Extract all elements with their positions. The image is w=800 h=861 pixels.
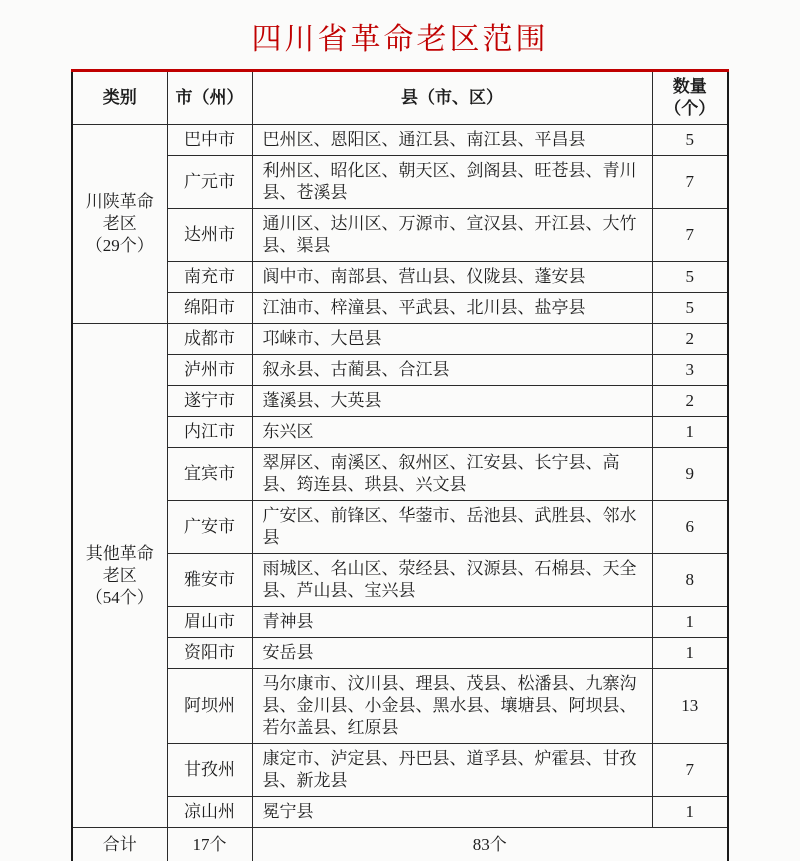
count-cell: 7 xyxy=(652,156,728,209)
city-cell: 南充市 xyxy=(167,262,252,293)
header-count: 数量 （个） xyxy=(652,71,728,125)
city-cell: 凉山州 xyxy=(167,797,252,828)
city-cell: 宜宾市 xyxy=(167,448,252,501)
table-row: 凉山州冕宁县1 xyxy=(72,797,728,828)
counties-cell: 青神县 xyxy=(252,607,652,638)
count-cell: 8 xyxy=(652,554,728,607)
table-row: 资阳市安岳县1 xyxy=(72,638,728,669)
city-cell: 内江市 xyxy=(167,417,252,448)
table-row: 宜宾市翠屏区、南溪区、叙州区、江安县、长宁县、高县、筠连县、珙县、兴文县9 xyxy=(72,448,728,501)
count-cell: 2 xyxy=(652,324,728,355)
count-cell: 5 xyxy=(652,262,728,293)
counties-cell: 江油市、梓潼县、平武县、北川县、盐亭县 xyxy=(252,293,652,324)
count-cell: 5 xyxy=(652,293,728,324)
counties-cell: 马尔康市、汶川县、理县、茂县、松潘县、九寨沟县、金川县、小金县、黑水县、壤塘县、… xyxy=(252,669,652,744)
counties-cell: 冕宁县 xyxy=(252,797,652,828)
counties-cell: 翠屏区、南溪区、叙州区、江安县、长宁县、高县、筠连县、珙县、兴文县 xyxy=(252,448,652,501)
counties-cell: 雨城区、名山区、荥经县、汉源县、石棉县、天全县、芦山县、宝兴县 xyxy=(252,554,652,607)
header-category: 类别 xyxy=(72,71,167,125)
counties-cell: 安岳县 xyxy=(252,638,652,669)
category-cell: 其他革命 老区 （54个） xyxy=(72,324,167,828)
counties-cell: 广安区、前锋区、华蓥市、岳池县、武胜县、邻水县 xyxy=(252,501,652,554)
city-cell: 广元市 xyxy=(167,156,252,209)
table-row: 其他革命 老区 （54个）成都市邛崃市、大邑县2 xyxy=(72,324,728,355)
counties-cell: 蓬溪县、大英县 xyxy=(252,386,652,417)
counties-cell: 邛崃市、大邑县 xyxy=(252,324,652,355)
table-row: 达州市通川区、达川区、万源市、宣汉县、开江县、大竹县、渠县7 xyxy=(72,209,728,262)
count-cell: 5 xyxy=(652,125,728,156)
city-cell: 巴中市 xyxy=(167,125,252,156)
table-row: 川陕革命 老区 （29个）巴中市巴州区、恩阳区、通江县、南江县、平昌县5 xyxy=(72,125,728,156)
table-row: 绵阳市江油市、梓潼县、平武县、北川县、盐亭县5 xyxy=(72,293,728,324)
old-areas-table: 类别 市（州） 县（市、区） 数量 （个） 川陕革命 老区 （29个）巴中市巴州… xyxy=(71,69,729,861)
count-cell: 6 xyxy=(652,501,728,554)
counties-cell: 东兴区 xyxy=(252,417,652,448)
count-cell: 1 xyxy=(652,638,728,669)
total-label-cell: 合计 xyxy=(72,828,167,861)
count-cell: 2 xyxy=(652,386,728,417)
table-row: 泸州市叙永县、古蔺县、合江县3 xyxy=(72,355,728,386)
table-row: 广安市广安区、前锋区、华蓥市、岳池县、武胜县、邻水县6 xyxy=(72,501,728,554)
counties-cell: 巴州区、恩阳区、通江县、南江县、平昌县 xyxy=(252,125,652,156)
table-row: 甘孜州康定市、泸定县、丹巴县、道孚县、炉霍县、甘孜县、新龙县7 xyxy=(72,744,728,797)
counties-cell: 康定市、泸定县、丹巴县、道孚县、炉霍县、甘孜县、新龙县 xyxy=(252,744,652,797)
city-cell: 甘孜州 xyxy=(167,744,252,797)
table-row: 遂宁市蓬溪县、大英县2 xyxy=(72,386,728,417)
table-body: 川陕革命 老区 （29个）巴中市巴州区、恩阳区、通江县、南江县、平昌县5广元市利… xyxy=(72,125,728,828)
total-county-cell: 83个 xyxy=(252,828,728,861)
city-cell: 达州市 xyxy=(167,209,252,262)
city-cell: 阿坝州 xyxy=(167,669,252,744)
city-cell: 雅安市 xyxy=(167,554,252,607)
count-cell: 7 xyxy=(652,744,728,797)
category-cell: 川陕革命 老区 （29个） xyxy=(72,125,167,324)
total-city-cell: 17个 xyxy=(167,828,252,861)
count-cell: 1 xyxy=(652,607,728,638)
city-cell: 泸州市 xyxy=(167,355,252,386)
count-cell: 13 xyxy=(652,669,728,744)
page-title: 四川省革命老区范围 xyxy=(0,14,800,58)
header-counties: 县（市、区） xyxy=(252,71,652,125)
table-row: 阿坝州马尔康市、汶川县、理县、茂县、松潘县、九寨沟县、金川县、小金县、黑水县、壤… xyxy=(72,669,728,744)
counties-cell: 阆中市、南部县、营山县、仪陇县、蓬安县 xyxy=(252,262,652,293)
city-cell: 眉山市 xyxy=(167,607,252,638)
city-cell: 成都市 xyxy=(167,324,252,355)
table-row: 南充市阆中市、南部县、营山县、仪陇县、蓬安县5 xyxy=(72,262,728,293)
header-row: 类别 市（州） 县（市、区） 数量 （个） xyxy=(72,71,728,125)
table-row: 内江市东兴区1 xyxy=(72,417,728,448)
count-cell: 9 xyxy=(652,448,728,501)
table-row: 眉山市青神县1 xyxy=(72,607,728,638)
counties-cell: 通川区、达川区、万源市、宣汉县、开江县、大竹县、渠县 xyxy=(252,209,652,262)
counties-cell: 利州区、昭化区、朝天区、剑阁县、旺苍县、青川县、苍溪县 xyxy=(252,156,652,209)
city-cell: 资阳市 xyxy=(167,638,252,669)
count-cell: 7 xyxy=(652,209,728,262)
count-cell: 1 xyxy=(652,797,728,828)
total-row: 合计 17个 83个 xyxy=(72,828,728,861)
city-cell: 遂宁市 xyxy=(167,386,252,417)
city-cell: 广安市 xyxy=(167,501,252,554)
header-city: 市（州） xyxy=(167,71,252,125)
counties-cell: 叙永县、古蔺县、合江县 xyxy=(252,355,652,386)
count-cell: 3 xyxy=(652,355,728,386)
table-row: 广元市利州区、昭化区、朝天区、剑阁县、旺苍县、青川县、苍溪县7 xyxy=(72,156,728,209)
table-row: 雅安市雨城区、名山区、荥经县、汉源县、石棉县、天全县、芦山县、宝兴县8 xyxy=(72,554,728,607)
count-cell: 1 xyxy=(652,417,728,448)
city-cell: 绵阳市 xyxy=(167,293,252,324)
